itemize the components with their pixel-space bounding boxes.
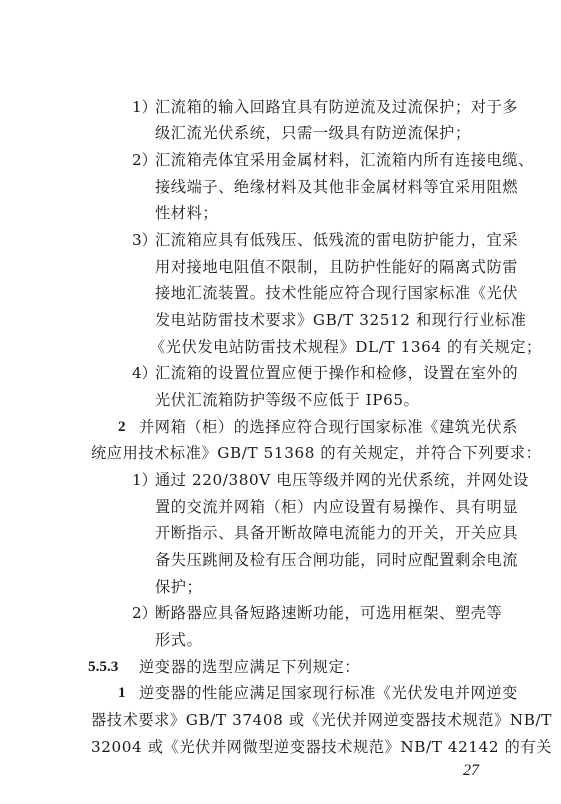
- text-line: 通过 220/380V 电压等级并网的光伏系统，并网处设: [155, 470, 529, 490]
- text-line: 用对接地电阻值不限制，且防护性能好的隔离式防雷: [155, 257, 518, 277]
- list-marker: 4）: [132, 363, 157, 383]
- text-line: 级汇流光伏系统，只需一级具有防逆流保护；: [155, 123, 471, 143]
- text-line: 器技术要求》GB/T 37408 或《光伏并网逆变器技术规范》NB/T: [91, 710, 552, 730]
- clause-number: 2: [118, 417, 126, 437]
- text-line: 开断指示、具备开断故障电流能力的开关，开关应具: [155, 523, 518, 543]
- text-line: 光伏汇流箱防护等级不应低于 IP65。: [155, 390, 419, 410]
- text-line: 发电站防雷技术要求》GB/T 32512 和现行行业标准: [155, 310, 527, 330]
- text-line: 汇流箱壳体宜采用金属材料，汇流箱内所有连接电缆、: [155, 150, 534, 170]
- text-line: 统应用技术标准》GB/T 51368 的有关规定，并符合下列要求：: [91, 443, 541, 463]
- text-line: 接线端子、绝缘材料及其他非金属材料等宜采用阻燃: [155, 177, 518, 197]
- list-marker: 1）: [132, 470, 157, 490]
- list-marker: 1）: [132, 97, 157, 117]
- text-line: 断路器应具备短路速断功能，可选用框架、塑壳等: [155, 603, 502, 623]
- text-line: 接地汇流装置。技术性能应符合现行国家标准《光伏: [155, 283, 518, 303]
- page-number: 27: [463, 762, 479, 780]
- text-line: 保护；: [155, 577, 202, 597]
- text-line: 备失压跳闸及检有压合闸功能，同时应配置剩余电流: [155, 550, 518, 570]
- text-line: 32004 或《光伏并网微型逆变器技术规范》NB/T 42142 的有关: [91, 737, 552, 757]
- text-line: 《光伏发电站防雷技术规程》DL/T 1364 的有关规定；: [150, 337, 542, 357]
- document-page: 1） 汇流箱的输入回路宜具有防逆流及过流保护；对于多 级汇流光伏系统，只需一级具…: [0, 0, 561, 804]
- text-line: 汇流箱的输入回路宜具有防逆流及过流保护；对于多: [155, 97, 518, 117]
- text-line: 形式。: [155, 630, 202, 650]
- clause-number: 1: [118, 683, 126, 703]
- section-heading: 逆变器的选型应满足下列规定：: [139, 657, 360, 677]
- text-line: 置的交流并网箱（柜）内应设置有易操作、具有明显: [155, 497, 518, 517]
- list-marker: 2）: [132, 150, 157, 170]
- list-marker: 2）: [132, 603, 157, 623]
- text-line: 汇流箱应具有低残压、低残流的雷电防护能力，宜采: [155, 230, 518, 250]
- text-line: 并网箱（柜）的选择应符合现行国家标准《建筑光伏系: [139, 417, 518, 437]
- list-marker: 3）: [132, 230, 157, 250]
- text-line: 逆变器的性能应满足国家现行标准《光伏发电并网逆变: [139, 683, 518, 703]
- section-number: 5.5.3: [88, 657, 118, 677]
- text-line: 性材料；: [155, 203, 218, 223]
- text-line: 汇流箱的设置位置应便于操作和检修，设置在室外的: [155, 363, 518, 383]
